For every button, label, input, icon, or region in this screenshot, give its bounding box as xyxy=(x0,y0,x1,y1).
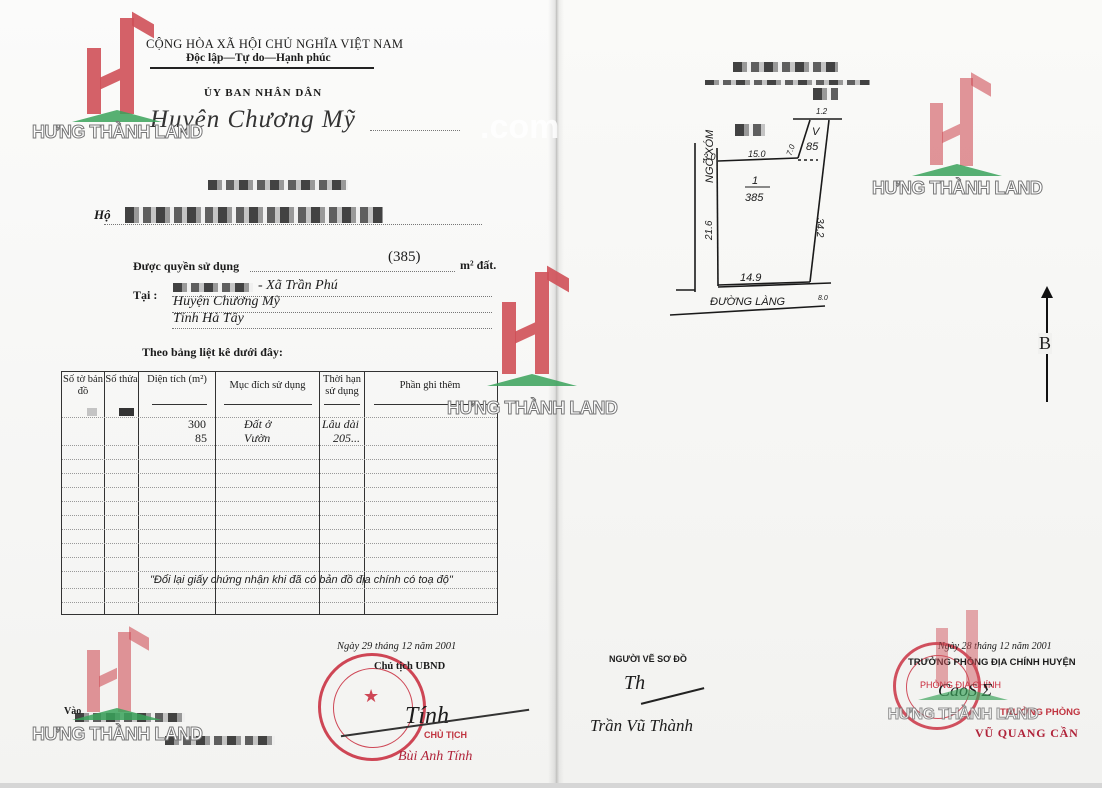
stamp-role: CHỦ TỊCH xyxy=(424,730,467,740)
row-line xyxy=(62,602,497,603)
national-motto: Độc lập—Tự do—Hạnh phúc xyxy=(186,52,331,64)
row-line xyxy=(62,487,497,488)
household-label: Hộ xyxy=(94,207,111,223)
row2-purpose: Vườn xyxy=(244,431,270,446)
area-dots xyxy=(250,271,455,272)
list-intro: Theo bảng liệt kê dưới đây: xyxy=(142,345,283,360)
address-line xyxy=(172,296,492,297)
drawer-signature: Th xyxy=(624,672,645,695)
redacted-neighbor xyxy=(735,124,765,136)
approval-signature: CaoS Σ xyxy=(938,680,992,701)
national-title: CỘNG HÒA XÃ HỘI CHỦ NGHĨA VIỆT NAM xyxy=(146,37,403,52)
district-name: Huyện Chương Mỹ xyxy=(150,106,356,134)
household-line xyxy=(104,224,482,225)
row-line xyxy=(62,473,497,474)
approval-date: Ngày 28 tháng 12 năm 2001 xyxy=(938,641,1052,652)
drawer-name: Trần Vũ Thành xyxy=(590,716,693,736)
row2-area: 85 xyxy=(195,431,207,446)
address-line xyxy=(172,328,492,329)
address-commune: - Xã Trần Phú xyxy=(258,278,338,294)
committee-title: ỦY BAN NHÂN DÂN xyxy=(204,87,322,99)
header-notes: Phần ghi thêm xyxy=(365,380,495,392)
header-rule xyxy=(150,67,374,69)
row2-duration: 205... xyxy=(333,431,360,446)
header-parcel-number: Số thửa xyxy=(105,374,138,386)
header-underline xyxy=(152,404,207,405)
row-line xyxy=(62,459,497,460)
row-line xyxy=(62,571,497,572)
redacted-registry xyxy=(165,736,275,745)
row1-area: 300 xyxy=(188,417,206,432)
location-label: Tại : xyxy=(133,288,157,303)
issue-date: Ngày 29 tháng 12 năm 2001 xyxy=(337,641,456,652)
address-line xyxy=(172,312,492,313)
header-purpose: Mục đích sử dụng xyxy=(216,380,319,392)
star-icon: ★ xyxy=(363,686,379,707)
north-label: B xyxy=(1038,333,1052,354)
row1-duration: Lâu dài xyxy=(322,417,359,432)
watermark-domain: .com xyxy=(480,108,559,147)
redacted-hamlet xyxy=(173,283,253,292)
drawer-title: NGƯỜI VẼ SƠ ĐỒ xyxy=(609,654,687,664)
dotted-line xyxy=(370,130,460,131)
parcel-table: Số tờ bản đồ Số thửa Diện tích (m²) Mục … xyxy=(61,371,498,615)
header-underline xyxy=(374,404,489,405)
approval-signer: VŨ QUANG CẦN xyxy=(975,726,1079,741)
scanned-certificate: CỘNG HÒA XÃ HỘI CHỦ NGHĨA VIỆT NAM Độc l… xyxy=(0,0,1102,788)
header-underline xyxy=(324,404,360,405)
column-divider xyxy=(138,372,139,614)
header-duration: Thời hạn sử dụng xyxy=(320,374,364,398)
redacted-map-sheet xyxy=(87,408,97,416)
row1-purpose: Đất ở xyxy=(244,417,271,432)
row-line xyxy=(62,529,497,530)
redacted-registry xyxy=(75,713,185,722)
area-label: Được quyền sử dụng xyxy=(133,259,239,274)
table-footnote: "Đổi lại giấy chứng nhận khi đã có bản đ… xyxy=(150,574,453,586)
address-province: Tỉnh Hà Tây xyxy=(173,311,244,327)
chair-name: Bùi Anh Tính xyxy=(398,749,472,765)
row-line xyxy=(62,588,497,589)
header-area: Diện tích (m²) xyxy=(139,374,215,386)
row-line xyxy=(62,445,497,446)
row-line xyxy=(62,515,497,516)
row-line xyxy=(62,501,497,502)
redacted-header xyxy=(733,62,838,72)
header-underline xyxy=(224,404,312,405)
scan-border xyxy=(0,783,1102,788)
area-unit: m² đất. xyxy=(460,258,496,273)
chair-title: Chủ tịch UBND xyxy=(374,661,445,672)
row-line xyxy=(62,543,497,544)
area-value: (385) xyxy=(388,249,421,266)
redacted-owner-line xyxy=(208,180,348,190)
redacted-household-name xyxy=(125,207,383,223)
header-map-sheet: Số tờ bản đồ xyxy=(62,374,104,398)
approval-title: TRƯỞNG PHÒNG ĐỊA CHÍNH HUYỆN xyxy=(908,657,1076,668)
row-line xyxy=(62,557,497,558)
redacted-parcel-number xyxy=(119,408,134,416)
redacted-header xyxy=(813,88,838,100)
column-divider xyxy=(104,372,105,614)
redacted-header xyxy=(705,80,870,85)
row-line xyxy=(62,417,497,418)
approval-role: TRƯỞNG PHÒNG xyxy=(1000,707,1080,718)
